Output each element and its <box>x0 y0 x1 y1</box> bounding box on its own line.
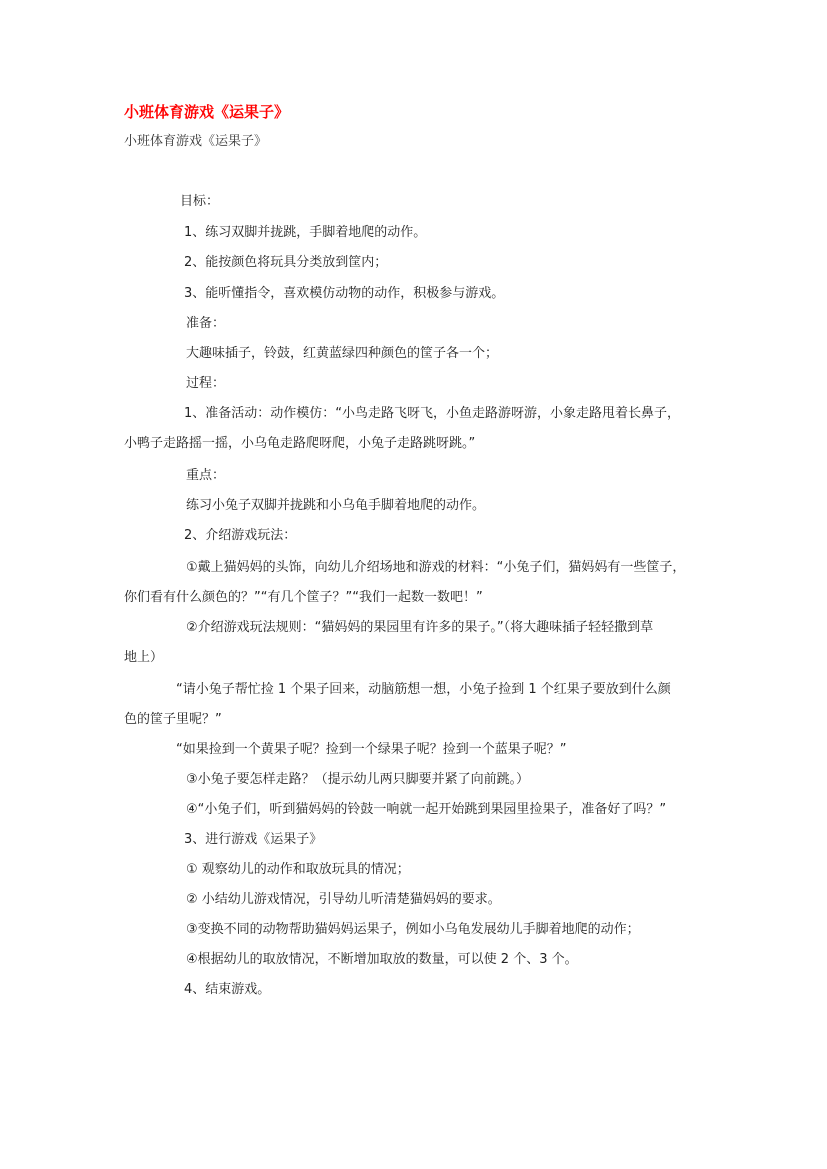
step-2-item-1-line-2: 你们看有什么颜色的？”“有几个筐子？”“我们一起数一数吧！” <box>124 586 483 605</box>
step-2-item-4: ④“小兔子们，听到猫妈妈的铃鼓一响就一起开始跳到果园里捡果子，准备好了吗？” <box>186 798 666 817</box>
process-step-4-heading: 4、结束游戏。 <box>184 978 270 997</box>
process-heading: 过程： <box>186 372 225 391</box>
step-3-item-4: ④根据幼儿的取放情况，不断增加取放的数量，可以使 2 个、3 个。 <box>186 948 578 967</box>
step-2-item-2-line-1: ②介绍游戏玩法规则：“猫妈妈的果园里有许多的果子。”（将大趣味插子轻轻撒到草 <box>186 616 653 635</box>
preparation-heading: 准备： <box>186 312 225 331</box>
process-step-3-heading: 3、进行游戏《运果子》 <box>184 828 322 847</box>
step-2-quote-1-line-1: “请小兔子帮忙捡 1 个果子回来，动脑筋想一想，小兔子捡到 1 个红果子要放到什… <box>176 678 671 697</box>
goal-heading: 目标： <box>180 190 219 209</box>
document-page: 小班体育游戏《运果子》 小班体育游戏《运果子》 目标： 1、练习双脚并拢跳，手脚… <box>0 0 827 1169</box>
goal-item-2: 2、能按颜色将玩具分类放到筐内； <box>184 251 387 270</box>
step-3-item-2: ② 小结幼儿游戏情况，引导幼儿听清楚猫妈妈的要求。 <box>186 888 501 907</box>
process-step-1-line-2: 小鸭子走路摇一摇，小乌龟走路爬呀爬，小兔子走路跳呀跳。” <box>124 432 475 451</box>
step-2-quote-2: “如果捡到一个黄果子呢？捡到一个绿果子呢？捡到一个蓝果子呢？” <box>176 738 566 757</box>
focus-heading: 重点： <box>186 464 225 483</box>
step-2-quote-1-line-2: 色的筐子里呢？” <box>124 708 222 727</box>
process-step-1-line-1: 1、准备活动：动作模仿：“小鸟走路飞呀飞，小鱼走路游呀游，小象走路甩着长鼻子， <box>184 402 680 421</box>
document-title: 小班体育游戏《运果子》 <box>124 101 289 122</box>
goal-item-3: 3、能听懂指令，喜欢模仿动物的动作，积极参与游戏。 <box>184 282 504 301</box>
goal-item-1: 1、练习双脚并拢跳，手脚着地爬的动作。 <box>184 221 426 240</box>
process-step-2-heading: 2、介绍游戏玩法： <box>184 524 296 543</box>
focus-text: 练习小兔子双脚并拢跳和小乌龟手脚着地爬的动作。 <box>186 494 485 513</box>
preparation-text: 大趣味插子，铃鼓，红黄蓝绿四种颜色的筐子各一个； <box>186 342 498 361</box>
document-subtitle: 小班体育游戏《运果子》 <box>124 130 267 149</box>
step-2-item-1-line-1: ①戴上猫妈妈的头饰，向幼儿介绍场地和游戏的材料：“小兔子们，猫妈妈有一些筐子， <box>186 556 685 575</box>
step-2-item-2-line-2: 地上） <box>124 646 163 665</box>
step-3-item-3: ③变换不同的动物帮助猫妈妈运果子，例如小乌龟发展幼儿手脚着地爬的动作； <box>186 918 640 937</box>
step-3-item-1: ① 观察幼儿的动作和取放玩具的情况； <box>186 858 410 877</box>
step-2-item-3: ③小兔子要怎样走路？（提示幼儿两只脚要并紧了向前跳。） <box>186 768 529 787</box>
